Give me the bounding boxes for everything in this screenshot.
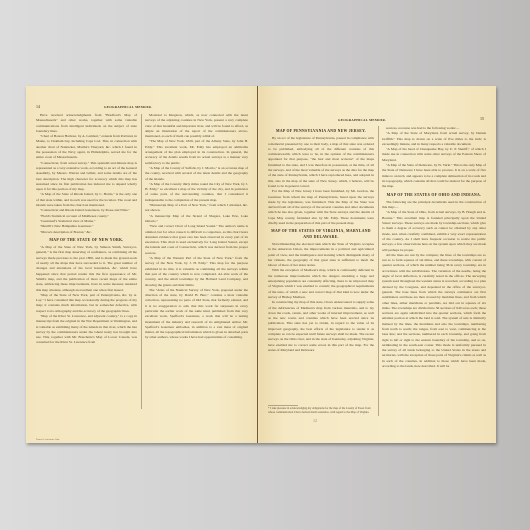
paragraph: "A Map of the head of Chesapeake Bay, by… [382,147,486,163]
paragraph: The following are the principal document… [382,200,486,211]
running-head: GEOGRAPHICAL MEMOIR. [104,105,152,109]
paragraph: "A manuscript Map of the Strand of Niaga… [145,214,248,225]
right-page: GEOGRAPHICAL MEMOIR. 15 MAP OF PENNSYLVA… [258,86,496,443]
section-heading: MAP OF PENNSYLVANIA AND NEW JERSEY. [268,129,374,134]
paragraph: In constructing my map of this state, I … [268,300,374,353]
paragraph: "Connecticut and Rhode Island Gazetteers… [36,208,137,213]
paragraph: "A Map of the Western Part of the State … [145,256,248,288]
column-rule [141,114,142,409]
paragraph: Montreal to Kingston, which, as now conn… [145,113,248,139]
page-number: 15 [480,116,484,121]
poster: 14 GEOGRAPHICAL MEMOIR. Have received ac… [26,86,496,443]
paragraph: "A Map of the County of Suffolk, by J. M… [145,166,248,182]
paragraph: Notwithstanding the elevated rank which … [268,242,374,268]
paragraph: All the lines are run by the compass; th… [382,253,486,370]
paragraph: "A Map of the Country thirty miles round… [145,182,248,203]
text-column-2: sources, recourse was had to the followi… [382,126,486,411]
footnote-rule [268,405,298,406]
paragraph: "Map of the State of New York, part of P… [36,293,137,314]
paragraph: "Map of the River St. Lawrence, and adja… [36,314,137,346]
paragraph: "A Map of the State of Maryland, from ac… [382,131,486,147]
imprint: Tanner's American Atlas [36,438,59,441]
paragraph: By an act of the legislature of Pennsylv… [268,136,374,189]
section-heading: MAP OF THE STATES OF VIRGINIA, MARYLAND … [268,229,374,240]
paragraph: The "Atlas of the Nautical Survey of New… [145,288,248,341]
section-heading: MAP OF THE STATE OF NEW YORK. [36,238,137,243]
paragraph: "Manuscript Map of a Part of New York," … [145,203,248,214]
running-head: GEOGRAPHICAL MEMOIR. [338,118,386,122]
paragraph: "A Map of the State of Rhode Island, by … [36,192,137,208]
signature-mark: 12 [313,418,317,423]
paragraph: For the Map of New Jersey I have been fu… [268,189,374,226]
paragraph: "Connecticut, from actual survey." This … [36,161,137,193]
text-column-1: Have received acknowledgments from "Brad… [36,113,137,413]
column-rule [378,126,379,416]
paragraph: "New and correct Chart of Long Island So… [145,224,248,256]
footnote: * I take pleasure in acknowledging my ob… [268,407,374,415]
paragraph: "A Map of the State of Ohio, from actual… [382,210,486,252]
paragraph: "Chart of Boston Harbour, by A. Lambert,… [36,134,137,160]
left-page: 14 GEOGRAPHICAL MEMOIR. Have received ac… [26,86,257,443]
page-number: 14 [36,104,40,109]
paragraph: Have received acknowledgments from "Brad… [36,113,137,134]
text-column-2: Montreal to Kingston, which, as now conn… [145,113,248,410]
paragraph: "The Map of New York, 1829, part of the … [145,139,248,165]
paragraph: "A Map of the State of Delaware, by W. V… [382,163,486,189]
paragraph: "Morse's description of Boston," &c. [36,230,137,235]
section-heading: MAP OF THE STATES OF OHIO AND INDIANA. [382,193,486,198]
paragraph: "A Map of the State of New York, by Sime… [36,245,137,293]
paragraph: With the exception of Madison's map, whi… [268,268,374,300]
text-column-1: MAP OF PENNSYLVANIA AND NEW JERSEY. By a… [268,126,374,404]
